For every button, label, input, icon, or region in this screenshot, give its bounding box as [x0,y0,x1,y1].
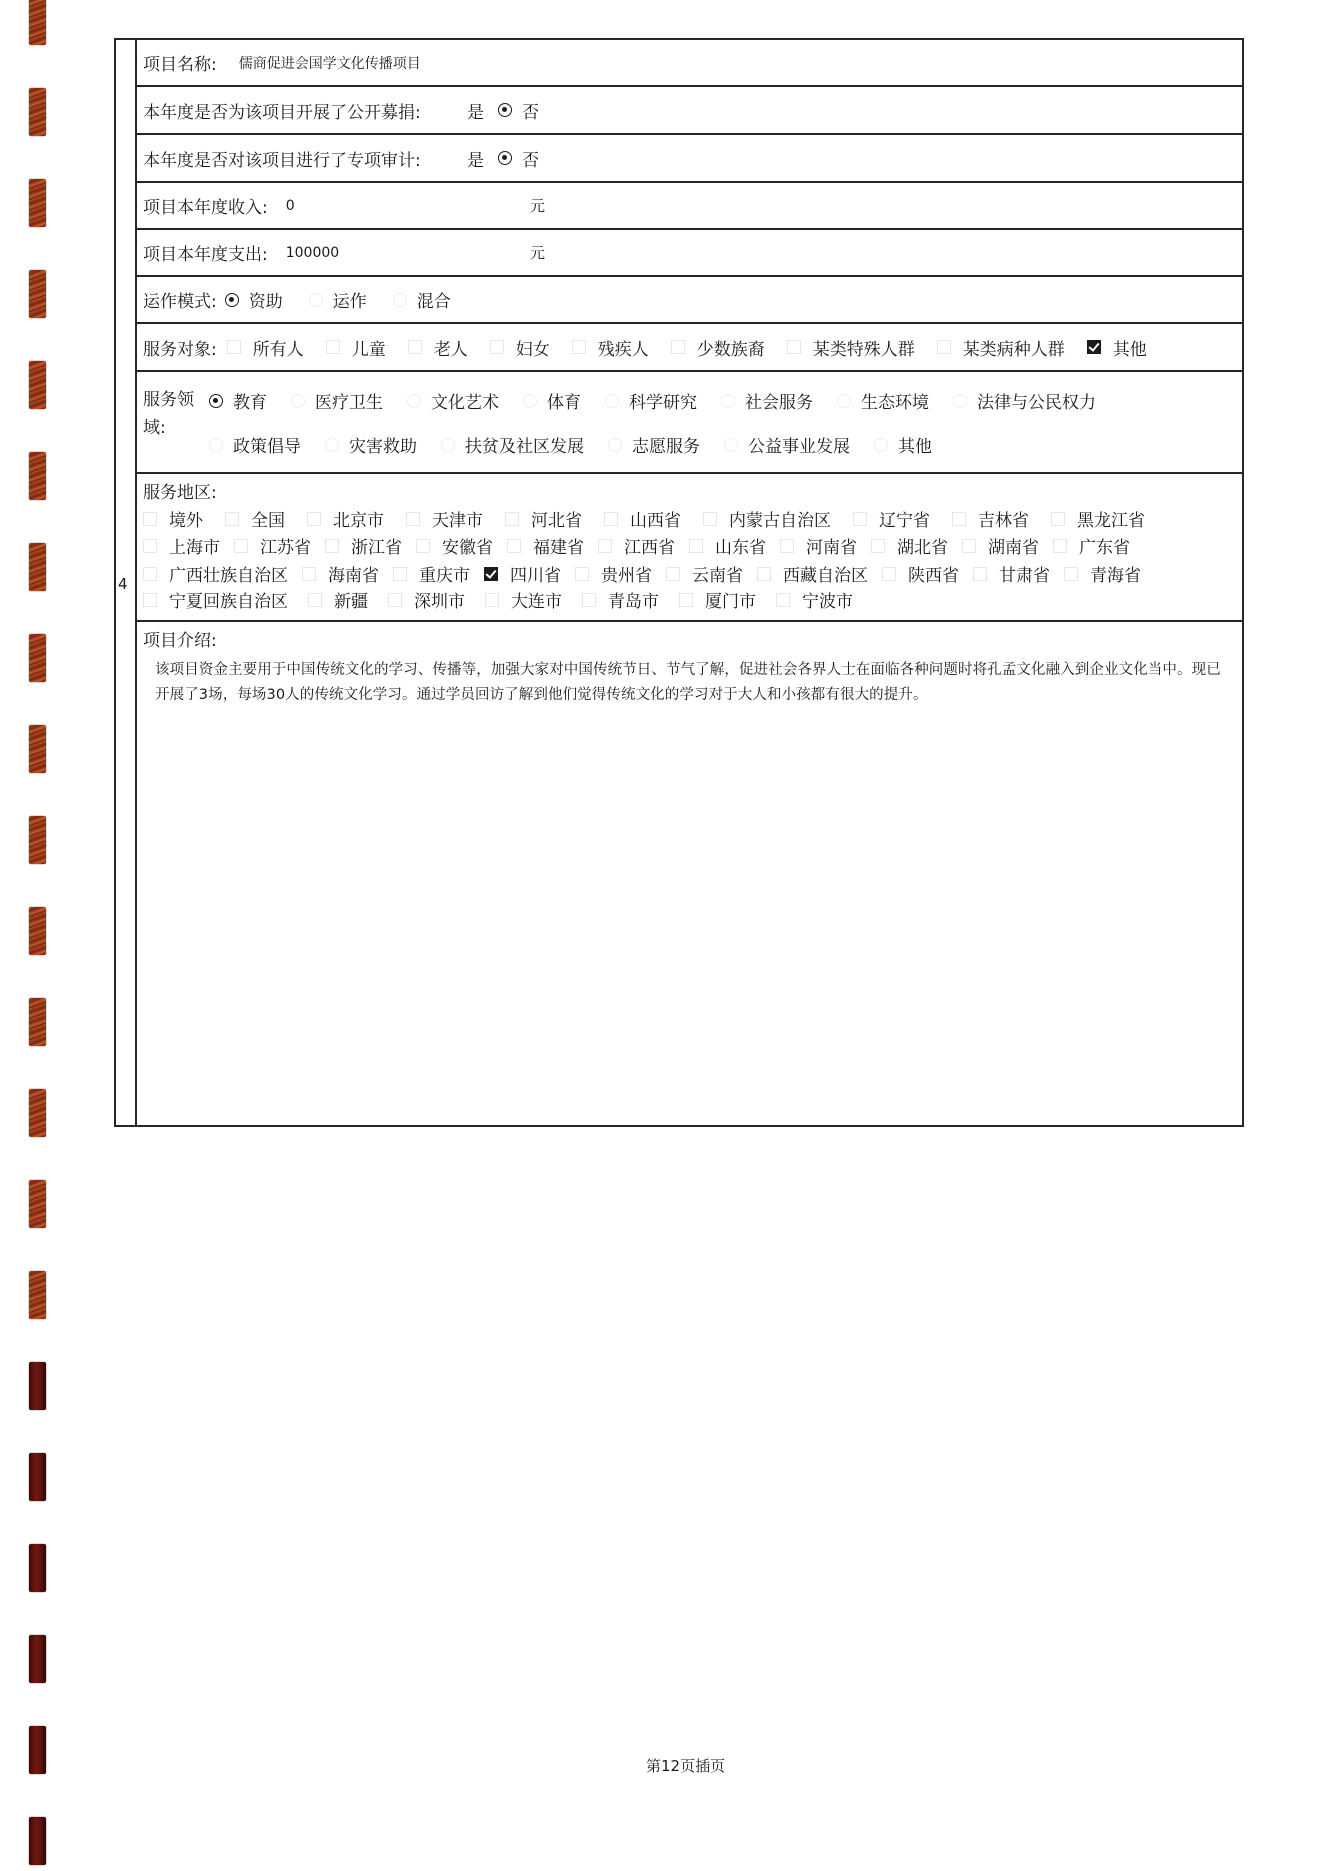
checkbox-empty-icon[interactable] [871,539,885,553]
operation-mode-option[interactable]: 混合 [393,287,451,312]
checkbox-empty-icon[interactable] [143,593,157,607]
service-domain-option[interactable]: 政策倡导 [209,432,301,457]
public-fundraising-label: 本年度是否为该项目开展了公开募捐: [143,98,421,123]
binding-mark [29,88,46,136]
checkbox-empty-icon[interactable] [393,567,407,581]
radio-empty-icon[interactable] [874,438,888,452]
service-target-option-label: 其他 [1113,335,1147,360]
checkbox-empty-icon[interactable] [505,512,519,526]
service-region-option[interactable]: 四川省 [484,561,561,586]
service-domain-radio-group-2: 政策倡导灾害救助扶贫及社区发展志愿服务公益事业发展其他 [209,432,956,457]
service-region-option[interactable]: 重庆市 [393,561,470,586]
radio-empty-icon[interactable] [605,394,619,408]
special-audit-label: 本年度是否对该项目进行了专项审计: [143,146,421,171]
service-region-option-label: 河南省 [806,533,857,558]
service-region-option-label: 甘肃省 [999,561,1050,586]
service-region-option-label: 境外 [169,506,203,531]
service-region-option-label: 海南省 [328,561,379,586]
binding-mark [29,1817,46,1865]
service-target-option-label: 某类病种人群 [963,335,1065,360]
binding-mark [29,725,46,773]
service-domain-option[interactable]: 社会服务 [721,388,813,413]
service-target-option-label: 某类特殊人群 [813,335,915,360]
service-domain-row: 服务领域: 教育医疗卫生文化艺术体育科学研究社会服务生态环境法律与公民权力 政策… [137,372,1242,474]
service-target-option[interactable]: 所有人 [227,335,304,360]
radio-selected-icon[interactable] [498,103,512,117]
operation-mode-option-label: 资助 [249,287,283,312]
service-region-option-label: 厦门市 [705,587,756,612]
checkbox-empty-icon[interactable] [143,512,157,526]
checkbox-empty-icon[interactable] [962,539,976,553]
project-intro-text: 该项目资金主要用于中国传统文化的学习、传播等，加强大家对中国传统节日、节气了解，… [155,658,1222,708]
service-region-option-label: 吉林省 [978,506,1029,531]
service-region-option-label: 陕西省 [908,561,959,586]
checkbox-empty-icon[interactable] [227,340,241,354]
project-name-label: 项目名称: [143,50,217,75]
service-region-group-4: 宁夏回族自治区新疆深圳市大连市青岛市厦门市宁波市 [143,587,873,612]
checkbox-empty-icon[interactable] [326,340,340,354]
checkbox-empty-icon[interactable] [572,340,586,354]
service-domain-option-label: 公益事业发展 [748,432,850,457]
checkbox-empty-icon[interactable] [1053,539,1067,553]
service-region-option[interactable]: 全国 [225,506,285,531]
binding-mark [29,1089,46,1137]
service-domain-option[interactable]: 公益事业发展 [724,432,850,457]
special-audit-no[interactable]: 否 [522,146,539,171]
service-region-option[interactable]: 云南省 [666,561,743,586]
checkbox-empty-icon[interactable] [490,340,504,354]
radio-empty-icon[interactable] [721,394,735,408]
service-region-option[interactable]: 山西省 [604,506,681,531]
service-domain-option-label: 文化艺术 [431,388,499,413]
operation-mode-option[interactable]: 运作 [309,287,367,312]
service-region-option-label: 河北省 [531,506,582,531]
project-intro-row: 项目介绍: 该项目资金主要用于中国传统文化的学习、传播等，加强大家对中国传统节日… [137,622,1242,1125]
service-region-option[interactable]: 深圳市 [388,587,465,612]
binding-mark [29,0,46,45]
service-target-option[interactable]: 少数族裔 [671,335,765,360]
service-region-option-label: 上海市 [169,533,220,558]
radio-empty-icon[interactable] [523,394,537,408]
binding-mark [29,1544,46,1592]
service-region-option[interactable]: 北京市 [307,506,384,531]
binding-mark [29,634,46,682]
checkbox-empty-icon[interactable] [666,567,680,581]
binding-mark [29,816,46,864]
service-domain-option[interactable]: 体育 [523,388,581,413]
row-number-column: 4 [116,40,137,1125]
radio-empty-icon[interactable] [608,438,622,452]
checkbox-empty-icon[interactable] [416,539,430,553]
service-target-option[interactable]: 其他 [1087,335,1147,360]
radio-empty-icon[interactable] [209,438,223,452]
binding-mark [29,1271,46,1319]
service-region-option[interactable]: 山东省 [689,533,766,558]
checkbox-empty-icon[interactable] [671,340,685,354]
service-target-checkbox-group: 所有人儿童老人妇女残疾人少数族裔某类特殊人群某类病种人群其他 [227,335,1169,360]
service-region-option[interactable]: 福建省 [507,533,584,558]
service-region-option-label: 湖北省 [897,533,948,558]
service-region-option-label: 新疆 [334,587,368,612]
service-region-option-label: 江西省 [624,533,675,558]
service-region-option[interactable]: 广西壮族自治区 [143,561,288,586]
service-domain-option[interactable]: 灾害救助 [325,432,417,457]
service-region-option[interactable]: 上海市 [143,533,220,558]
service-target-option[interactable]: 老人 [408,335,468,360]
binding-mark [29,1362,46,1410]
service-region-option-label: 宁波市 [802,587,853,612]
binding-mark [29,179,46,227]
radio-empty-icon[interactable] [407,394,421,408]
checkbox-empty-icon[interactable] [234,539,248,553]
radio-empty-icon[interactable] [837,394,851,408]
service-region-option-label: 广西壮族自治区 [169,561,288,586]
checkbox-empty-icon[interactable] [1051,512,1065,526]
service-domain-option-label: 教育 [233,388,267,413]
service-region-option[interactable]: 海南省 [302,561,379,586]
checkbox-empty-icon[interactable] [776,593,790,607]
income-label: 项目本年度收入: [143,193,268,218]
checkbox-empty-icon[interactable] [604,512,618,526]
radio-empty-icon[interactable] [393,293,407,307]
radio-empty-icon[interactable] [441,438,455,452]
service-domain-option[interactable]: 扶贫及社区发展 [441,432,584,457]
service-region-option[interactable]: 陕西省 [882,561,959,586]
service-domain-option-label: 扶贫及社区发展 [465,432,584,457]
checkbox-empty-icon[interactable] [679,593,693,607]
radio-empty-icon[interactable] [724,438,738,452]
public-fundraising-row: 本年度是否为该项目开展了公开募捐: 是 否 [137,87,1242,135]
service-region-option-label: 山西省 [630,506,681,531]
service-region-option[interactable]: 内蒙古自治区 [703,506,831,531]
checkbox-empty-icon[interactable] [787,340,801,354]
service-domain-option-label: 科学研究 [629,388,697,413]
checkbox-empty-icon[interactable] [307,512,321,526]
service-region-option-label: 浙江省 [351,533,402,558]
checkbox-empty-icon[interactable] [225,512,239,526]
operation-mode-label: 运作模式: [143,287,217,312]
service-region-option-label: 广东省 [1079,533,1130,558]
expense-value: 100000 [286,245,339,261]
checkbox-empty-icon[interactable] [1064,567,1078,581]
expense-row: 项目本年度支出: 100000 元 [137,230,1242,277]
service-target-label: 服务对象: [143,335,217,360]
checkbox-empty-icon[interactable] [952,512,966,526]
service-region-option[interactable]: 甘肃省 [973,561,1050,586]
service-region-row: 服务地区: 境外全国北京市天津市河北省山西省内蒙古自治区辽宁省吉林省黑龙江省 上… [137,474,1242,622]
public-fundraising-no[interactable]: 否 [522,98,539,123]
binding-mark [29,998,46,1046]
checkbox-empty-icon[interactable] [507,539,521,553]
service-region-option[interactable]: 西藏自治区 [757,561,868,586]
checkbox-empty-icon[interactable] [973,567,987,581]
service-region-option[interactable]: 新疆 [308,587,368,612]
checkbox-empty-icon[interactable] [582,593,596,607]
public-fundraising-radio-group: 是 否 [467,98,539,123]
service-target-option[interactable]: 妇女 [490,335,550,360]
service-region-option-label: 全国 [251,506,285,531]
income-row: 项目本年度收入: 0 元 [137,183,1242,230]
checkbox-empty-icon[interactable] [575,567,589,581]
service-target-option-label: 老人 [434,335,468,360]
checkbox-empty-icon[interactable] [853,512,867,526]
service-region-group-3: 广西壮族自治区海南省重庆市四川省贵州省云南省西藏自治区陕西省甘肃省青海省 [143,561,1155,586]
service-domain-option[interactable]: 医疗卫生 [291,388,383,413]
service-target-option-label: 所有人 [253,335,304,360]
service-target-option-label: 妇女 [516,335,550,360]
service-region-option[interactable]: 湖南省 [962,533,1039,558]
binding-mark [29,452,46,500]
service-region-option-label: 青岛市 [608,587,659,612]
service-domain-option-label: 其他 [898,432,932,457]
checkbox-empty-icon[interactable] [485,593,499,607]
service-region-option[interactable]: 宁波市 [776,587,853,612]
service-region-option[interactable]: 安徽省 [416,533,493,558]
checkbox-empty-icon[interactable] [882,567,896,581]
binding-mark [29,543,46,591]
service-domain-option-label: 法律与公民权力 [977,388,1096,413]
service-region-option-label: 天津市 [432,506,483,531]
service-domain-option[interactable]: 科学研究 [605,388,697,413]
service-domain-option[interactable]: 教育 [209,388,267,413]
service-target-option[interactable]: 儿童 [326,335,386,360]
service-region-group-2: 上海市江苏省浙江省安徽省福建省江西省山东省河南省湖北省湖南省广东省 [143,533,1144,558]
income-value: 0 [286,198,295,214]
radio-empty-icon[interactable] [953,394,967,408]
service-region-label: 服务地区: [143,478,217,503]
expense-unit: 元 [530,242,545,263]
service-target-option[interactable]: 某类特殊人群 [787,335,915,360]
binding-mark [29,907,46,955]
special-audit-row: 本年度是否对该项目进行了专项审计: 是 否 [137,135,1242,183]
special-audit-yes[interactable]: 是 [467,146,484,171]
checkbox-empty-icon[interactable] [408,340,422,354]
radio-empty-icon[interactable] [309,293,323,307]
binding-mark [29,1453,46,1501]
page-footer: 第12页插页 [646,1755,725,1776]
service-target-option[interactable]: 残疾人 [572,335,649,360]
checkbox-empty-icon[interactable] [143,567,157,581]
service-region-option-label: 内蒙古自治区 [729,506,831,531]
radio-selected-icon[interactable] [209,394,223,408]
service-region-option-label: 北京市 [333,506,384,531]
row-number: 4 [118,575,128,593]
service-domain-option-label: 灾害救助 [349,432,417,457]
service-domain-option[interactable]: 法律与公民权力 [953,388,1096,413]
service-region-option-label: 福建省 [533,533,584,558]
service-region-option-label: 辽宁省 [879,506,930,531]
binding-holes [29,0,49,1871]
service-region-option-label: 宁夏回族自治区 [169,587,288,612]
service-region-option-label: 西藏自治区 [783,561,868,586]
service-region-option[interactable]: 天津市 [406,506,483,531]
service-domain-option-label: 体育 [547,388,581,413]
project-name-value: 儒商促进会国学文化传播项目 [239,53,421,73]
service-region-option[interactable]: 河北省 [505,506,582,531]
checkbox-checked-icon[interactable] [484,567,498,581]
service-region-option[interactable]: 境外 [143,506,203,531]
service-target-row: 服务对象: 所有人儿童老人妇女残疾人少数族裔某类特殊人群某类病种人群其他 [137,324,1242,372]
service-region-option[interactable]: 厦门市 [679,587,756,612]
service-domain-option-label: 医疗卫生 [315,388,383,413]
service-region-option[interactable]: 大连市 [485,587,562,612]
service-region-option-label: 四川省 [510,561,561,586]
binding-mark [29,270,46,318]
checkbox-checked-icon[interactable] [1087,340,1101,354]
service-domain-option-label: 社会服务 [745,388,813,413]
operation-mode-option-label: 混合 [417,287,451,312]
service-region-option-label: 安徽省 [442,533,493,558]
service-target-option[interactable]: 某类病种人群 [937,335,1065,360]
expense-label: 项目本年度支出: [143,240,268,265]
radio-empty-icon[interactable] [325,438,339,452]
checkbox-empty-icon[interactable] [937,340,951,354]
service-region-option[interactable]: 黑龙江省 [1051,506,1145,531]
checkbox-empty-icon[interactable] [325,539,339,553]
public-fundraising-yes[interactable]: 是 [467,98,484,123]
service-region-option[interactable]: 辽宁省 [853,506,930,531]
service-region-option-label: 深圳市 [414,587,465,612]
operation-mode-row: 运作模式: 资助运作混合 [137,277,1242,324]
checkbox-empty-icon[interactable] [302,567,316,581]
service-region-option[interactable]: 青岛市 [582,587,659,612]
income-unit: 元 [530,195,545,216]
radio-selected-icon[interactable] [498,151,512,165]
service-region-option-label: 重庆市 [419,561,470,586]
service-region-option[interactable]: 江苏省 [234,533,311,558]
checkbox-empty-icon[interactable] [143,539,157,553]
operation-mode-option-label: 运作 [333,287,367,312]
radio-empty-icon[interactable] [291,394,305,408]
service-region-option-label: 青海省 [1090,561,1141,586]
checkbox-empty-icon[interactable] [703,512,717,526]
service-domain-option[interactable]: 其他 [874,432,932,457]
checkbox-empty-icon[interactable] [757,567,771,581]
service-region-option-label: 江苏省 [260,533,311,558]
service-region-option[interactable]: 贵州省 [575,561,652,586]
service-region-option-label: 大连市 [511,587,562,612]
binding-mark [29,361,46,409]
service-domain-option[interactable]: 文化艺术 [407,388,499,413]
service-region-option[interactable]: 河南省 [780,533,857,558]
service-domain-option-label: 志愿服务 [632,432,700,457]
service-region-option-label: 湖南省 [988,533,1039,558]
project-form-table: 4 项目名称: 儒商促进会国学文化传播项目 本年度是否为该项目开展了公开募捐: … [114,38,1244,1127]
service-region-option[interactable]: 浙江省 [325,533,402,558]
special-audit-radio-group: 是 否 [467,146,539,171]
checkbox-empty-icon[interactable] [406,512,420,526]
service-region-option-label: 山东省 [715,533,766,558]
checkbox-empty-icon[interactable] [689,539,703,553]
project-name-row: 项目名称: 儒商促进会国学文化传播项目 [137,40,1242,87]
operation-mode-option[interactable]: 资助 [225,287,283,312]
radio-selected-icon[interactable] [225,293,239,307]
service-region-option[interactable]: 宁夏回族自治区 [143,587,288,612]
service-target-option-label: 儿童 [352,335,386,360]
service-region-option-label: 贵州省 [601,561,652,586]
service-region-option-label: 云南省 [692,561,743,586]
service-domain-radio-group-1: 教育医疗卫生文化艺术体育科学研究社会服务生态环境法律与公民权力 [209,388,1120,413]
checkbox-empty-icon[interactable] [598,539,612,553]
service-region-option[interactable]: 青海省 [1064,561,1141,586]
service-region-group-1: 境外全国北京市天津市河北省山西省内蒙古自治区辽宁省吉林省黑龙江省 [143,506,1167,531]
service-region-option[interactable]: 湖北省 [871,533,948,558]
binding-mark [29,1726,46,1774]
service-target-option-label: 残疾人 [598,335,649,360]
checkbox-empty-icon[interactable] [780,539,794,553]
checkbox-empty-icon[interactable] [308,593,322,607]
service-domain-option-label: 政策倡导 [233,432,301,457]
binding-mark [29,1180,46,1228]
service-region-option[interactable]: 江西省 [598,533,675,558]
service-domain-option-label: 生态环境 [861,388,929,413]
service-region-option-label: 黑龙江省 [1077,506,1145,531]
operation-mode-radio-group: 资助运作混合 [225,287,477,312]
service-target-option-label: 少数族裔 [697,335,765,360]
service-domain-label: 服务领域: [143,386,203,442]
service-domain-option[interactable]: 生态环境 [837,388,929,413]
binding-mark [29,1635,46,1683]
checkbox-empty-icon[interactable] [388,593,402,607]
service-region-option[interactable]: 吉林省 [952,506,1029,531]
service-region-option[interactable]: 广东省 [1053,533,1130,558]
project-intro-label: 项目介绍: [143,626,217,651]
service-domain-option[interactable]: 志愿服务 [608,432,700,457]
